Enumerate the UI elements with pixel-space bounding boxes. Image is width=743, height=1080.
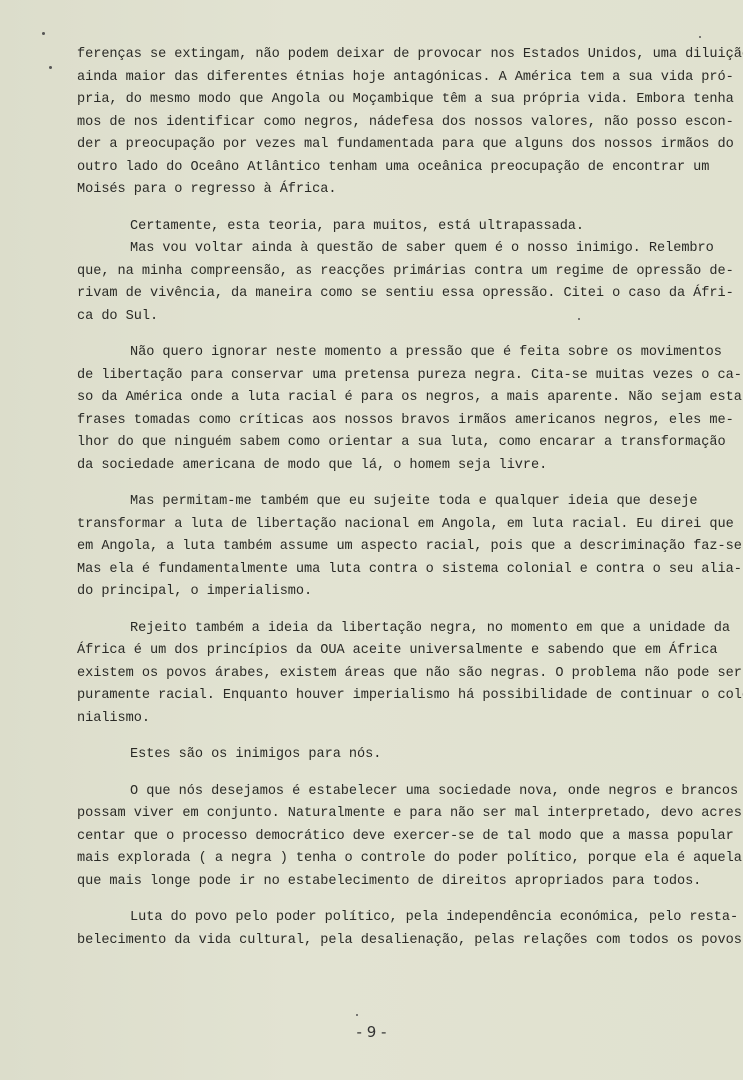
text-line: que mais longe pode ir no estabeleciment… [77,871,743,894]
text-line: Não quero ignorar neste momento a pressã… [77,342,743,365]
paragraph: Certamente, esta teoria, para muitos, es… [77,216,743,239]
paragraph-gap [77,767,743,781]
text-line: ca do Sul. [77,306,743,329]
text-line: so da América onde a luta racial é para … [77,387,743,410]
text-line: em Angola, a luta também assume um aspec… [77,536,743,559]
text-line: ainda maior das diferentes étnias hoje a… [77,67,743,90]
page-number: - 9 - [0,1023,743,1041]
text-line: Luta do povo pelo poder político, pela i… [77,907,743,930]
text-line: O que nós desejamos é estabelecer uma so… [77,781,743,804]
text-line: transformar a luta de libertação naciona… [77,514,743,537]
paragraph-gap [77,730,743,744]
text-line: nialismo. [77,708,743,731]
text-line: Mas vou voltar ainda à questão de saber … [77,238,743,261]
text-line: Mas ela é fundamentalmente uma luta cont… [77,559,743,582]
paragraph: ferenças se extingam, não podem deixar d… [77,44,743,202]
paragraph: Não quero ignorar neste momento a pressã… [77,342,743,477]
ink-speck [699,36,701,38]
ink-speck [49,66,52,69]
text-line: Moisés para o regresso à África. [77,179,743,202]
paragraph: Mas vou voltar ainda à questão de saber … [77,238,743,328]
text-line: que, na minha compreensão, as reacções p… [77,261,743,284]
paragraph: Rejeito também a ideia da libertação neg… [77,618,743,731]
ink-speck [356,1014,358,1016]
text-line: puramente racial. Enquanto houver imperi… [77,685,743,708]
paragraph-gap [77,604,743,618]
paragraph-gap [77,477,743,491]
text-line: pria, do mesmo modo que Angola ou Moçamb… [77,89,743,112]
typewritten-page: ferenças se extingam, não podem deixar d… [0,0,743,1080]
text-line: belecimento da vida cultural, pela desal… [77,930,743,953]
text-line: centar que o processo democrático deve e… [77,826,743,849]
text-line: Mas permitam-me também que eu sujeite to… [77,491,743,514]
text-line: rivam de vivência, da maneira como se se… [77,283,743,306]
text-line: frases tomadas como críticas aos nossos … [77,410,743,433]
text-line: da sociedade americana de modo que lá, o… [77,455,743,478]
text-line: outro lado do Oceâno Atlântico tenham um… [77,157,743,180]
text-line: ferenças se extingam, não podem deixar d… [77,44,743,67]
text-line: lhor do que ninguém sabem como orientar … [77,432,743,455]
paragraph-gap [77,202,743,216]
paragraph: Luta do povo pelo poder político, pela i… [77,907,743,952]
text-line: possam viver em conjunto. Naturalmente e… [77,803,743,826]
ink-speck [42,32,45,35]
paragraph-gap [77,893,743,907]
text-line: der a preocupação por vezes mal fundamen… [77,134,743,157]
text-line: mos de nos identificar como negros, náde… [77,112,743,135]
text-line: Estes são os inimigos para nós. [77,744,743,767]
document-body: ferenças se extingam, não podem deixar d… [77,44,743,952]
paragraph: Estes são os inimigos para nós. [77,744,743,767]
text-line: África é um dos princípios da OUA aceite… [77,640,743,663]
text-line: existem os povos árabes, existem áreas q… [77,663,743,686]
text-line: Rejeito também a ideia da libertação neg… [77,618,743,641]
text-line: Certamente, esta teoria, para muitos, es… [77,216,743,239]
text-line: mais explorada ( a negra ) tenha o contr… [77,848,743,871]
text-line: de libertação para conservar uma pretens… [77,365,743,388]
paragraph: Mas permitam-me também que eu sujeite to… [77,491,743,604]
paragraph: O que nós desejamos é estabelecer uma so… [77,781,743,894]
text-line: do principal, o imperialismo. [77,581,743,604]
paragraph-gap [77,328,743,342]
